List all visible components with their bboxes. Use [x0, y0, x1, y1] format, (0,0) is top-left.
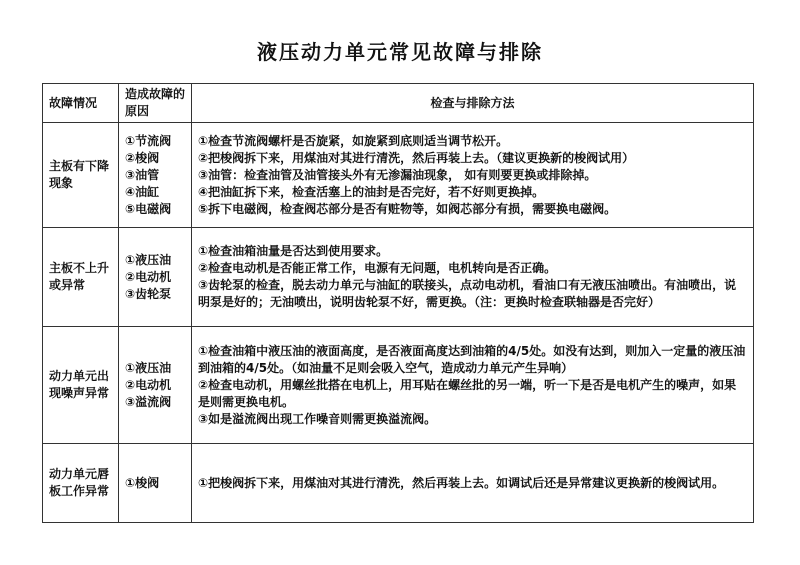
method-item: ①检查油箱中液压油的液面高度，是否液面高度达到油箱的4/5处。如没有达到，则加入… — [198, 343, 747, 377]
cause-item: ①液压油 — [125, 252, 185, 269]
table-row: 主板有下降现象 ①节流阀 ②梭阀 ③油管 ④油缸 ⑤电磁阀 ①检查节流阀螺杆是否… — [43, 123, 754, 228]
condition-cell: 动力单元唇板工作异常 — [43, 444, 119, 523]
method-item: ③齿轮泵的检查，脱去动力单元与油缸的联接头，点动电动机，看油口有无液压油喷出。有… — [198, 277, 747, 311]
method-item: ①检查节流阀螺杆是否旋紧，如旋紧到底则适当调节松开。 — [198, 133, 747, 150]
condition-cell: 主板不上升或异常 — [43, 228, 119, 327]
cause-item: ②电动机 — [125, 269, 185, 286]
cause-item: ③溢流阀 — [125, 394, 185, 411]
method-cell: ①把梭阀拆下来，用煤油对其进行清洗，然后再装上去。如调试后还是异常建议更换新的梭… — [192, 444, 754, 523]
cause-item: ①液压油 — [125, 360, 185, 377]
header-method: 检查与排除方法 — [192, 84, 754, 123]
page-title: 液压动力单元常见故障与排除 — [0, 36, 800, 65]
method-item: ③油管：检查油管及油管接头外有无渗漏油现象， 如有则要更换或排除掉。 — [198, 167, 747, 184]
cause-cell: ①节流阀 ②梭阀 ③油管 ④油缸 ⑤电磁阀 — [119, 123, 192, 228]
method-item: ⑤拆下电磁阀，检查阀芯部分是否有赃物等，如阀芯部分有损，需要换电磁阀。 — [198, 201, 747, 218]
cause-cell: ①梭阀 — [119, 444, 192, 523]
method-item: ④把油缸拆下来，检查活塞上的油封是否完好，若不好则更换掉。 — [198, 184, 747, 201]
method-cell: ①检查油箱中液压油的液面高度，是否液面高度达到油箱的4/5处。如没有达到，则加入… — [192, 327, 754, 444]
cause-item: ②梭阀 — [125, 150, 185, 167]
cause-item: ①节流阀 — [125, 133, 185, 150]
cause-cell: ①液压油 ②电动机 ③溢流阀 — [119, 327, 192, 444]
table-header-row: 故障情况 造成故障的原因 检查与排除方法 — [43, 84, 754, 123]
method-item: ②检查电动机是否能正常工作，电源有无问题，电机转向是否正确。 — [198, 260, 747, 277]
cause-item: ①梭阀 — [125, 475, 185, 492]
cause-item: ②电动机 — [125, 377, 185, 394]
condition-cell: 动力单元出现噪声异常 — [43, 327, 119, 444]
table-row: 动力单元唇板工作异常 ①梭阀 ①把梭阀拆下来，用煤油对其进行清洗，然后再装上去。… — [43, 444, 754, 523]
method-item: ②检查电动机，用螺丝批搭在电机上，用耳贴在螺丝批的另一端，听一下是否是电机产生的… — [198, 377, 747, 411]
method-item: ①把梭阀拆下来，用煤油对其进行清洗，然后再装上去。如调试后还是异常建议更换新的梭… — [198, 475, 747, 492]
method-cell: ①检查节流阀螺杆是否旋紧，如旋紧到底则适当调节松开。 ②把梭阀拆下来，用煤油对其… — [192, 123, 754, 228]
table-row: 主板不上升或异常 ①液压油 ②电动机 ③齿轮泵 ①检查油箱油量是否达到使用要求。… — [43, 228, 754, 327]
method-item: ③如是溢流阀出现工作噪音则需更换溢流阀。 — [198, 411, 747, 428]
cause-item: ③齿轮泵 — [125, 286, 185, 303]
method-cell: ①检查油箱油量是否达到使用要求。 ②检查电动机是否能正常工作，电源有无问题，电机… — [192, 228, 754, 327]
cause-item: ③油管 — [125, 167, 185, 184]
header-condition: 故障情况 — [43, 84, 119, 123]
method-item: ①检查油箱油量是否达到使用要求。 — [198, 243, 747, 260]
condition-cell: 主板有下降现象 — [43, 123, 119, 228]
header-cause: 造成故障的原因 — [119, 84, 192, 123]
method-item: ②把梭阀拆下来，用煤油对其进行清洗，然后再装上去。（建议更换新的梭阀试用） — [198, 150, 747, 167]
cause-cell: ①液压油 ②电动机 ③齿轮泵 — [119, 228, 192, 327]
table-row: 动力单元出现噪声异常 ①液压油 ②电动机 ③溢流阀 ①检查油箱中液压油的液面高度… — [43, 327, 754, 444]
cause-item: ④油缸 — [125, 184, 185, 201]
cause-item: ⑤电磁阀 — [125, 201, 185, 218]
fault-table: 故障情况 造成故障的原因 检查与排除方法 主板有下降现象 ①节流阀 ②梭阀 ③油… — [42, 83, 754, 523]
